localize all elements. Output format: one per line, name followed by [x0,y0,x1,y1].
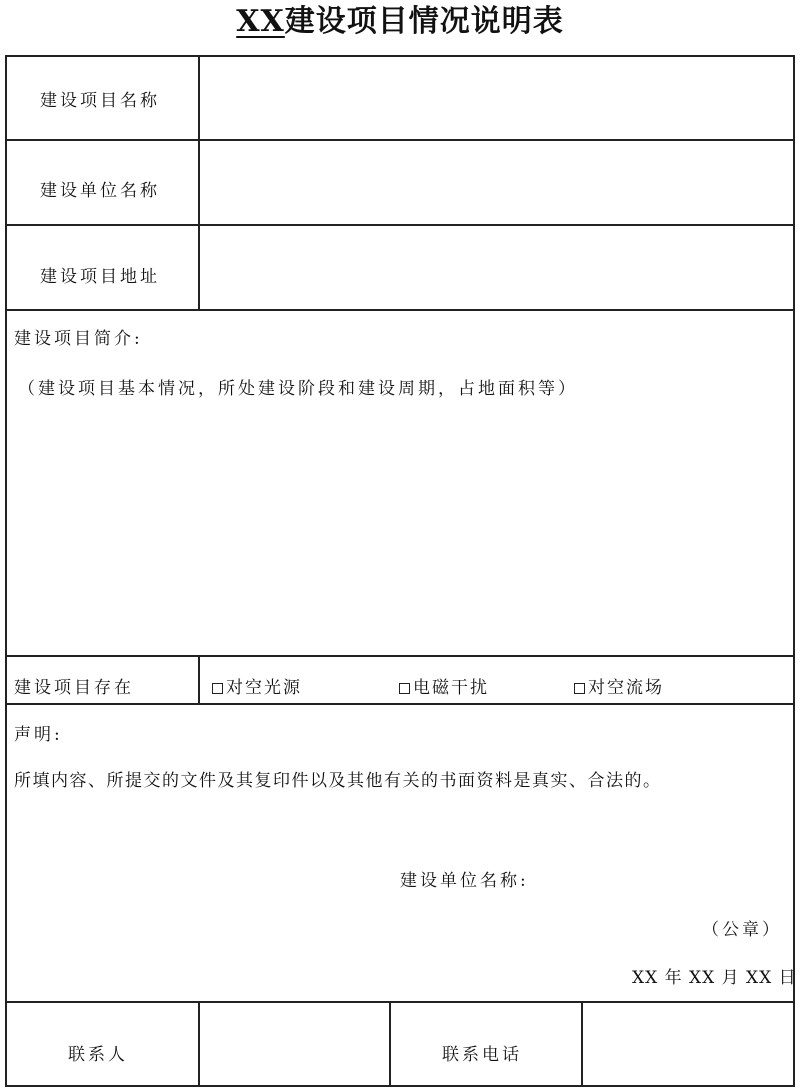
checkbox[interactable] [212,683,223,694]
project-name-label: 建设项目名称 [40,86,160,111]
exists-label: 建设项目存在 [14,673,134,698]
contact-label: 联系人 [68,1040,128,1065]
checkbox[interactable] [574,683,585,694]
unit-name-field[interactable] [200,141,793,223]
address-label: 建设项目地址 [40,262,160,287]
divider [7,309,793,311]
title-text: 建设项目情况说明表 [285,4,564,39]
intro-label: 建设项目简介: [14,324,143,349]
phone-label: 联系电话 [442,1040,522,1065]
option-light-source[interactable]: 对空光源 [212,673,302,698]
title-prefix: XX [236,4,285,39]
option-air-flow[interactable]: 对空流场 [574,673,664,698]
checkbox[interactable] [399,683,410,694]
phone-field[interactable] [583,1003,793,1085]
address-field[interactable] [200,226,793,308]
page-title: XX建设项目情况说明表 [0,2,800,42]
date-label: XX 年 XX 月 XX 日 [632,963,797,988]
intro-field[interactable] [7,400,793,653]
divider [7,703,793,705]
divider [198,655,200,703]
project-name-field[interactable] [200,57,793,139]
sign-unit-label: 建设单位名称: [400,866,529,891]
unit-name-label: 建设单位名称 [40,176,160,201]
divider [7,655,793,657]
intro-hint: （建设项目基本情况，所处建设阶段和建设周期，占地面积等） [18,374,578,399]
seal-label: （公章） [702,915,782,940]
divider [389,1001,391,1087]
declaration-text: 所填内容、所提交的文件及其复印件以及其他有关的书面资料是真实、合法的。 [14,766,662,791]
declaration-label: 声明: [14,720,63,745]
contact-field[interactable] [200,1003,387,1085]
option-em-interference[interactable]: 电磁干扰 [399,673,489,698]
